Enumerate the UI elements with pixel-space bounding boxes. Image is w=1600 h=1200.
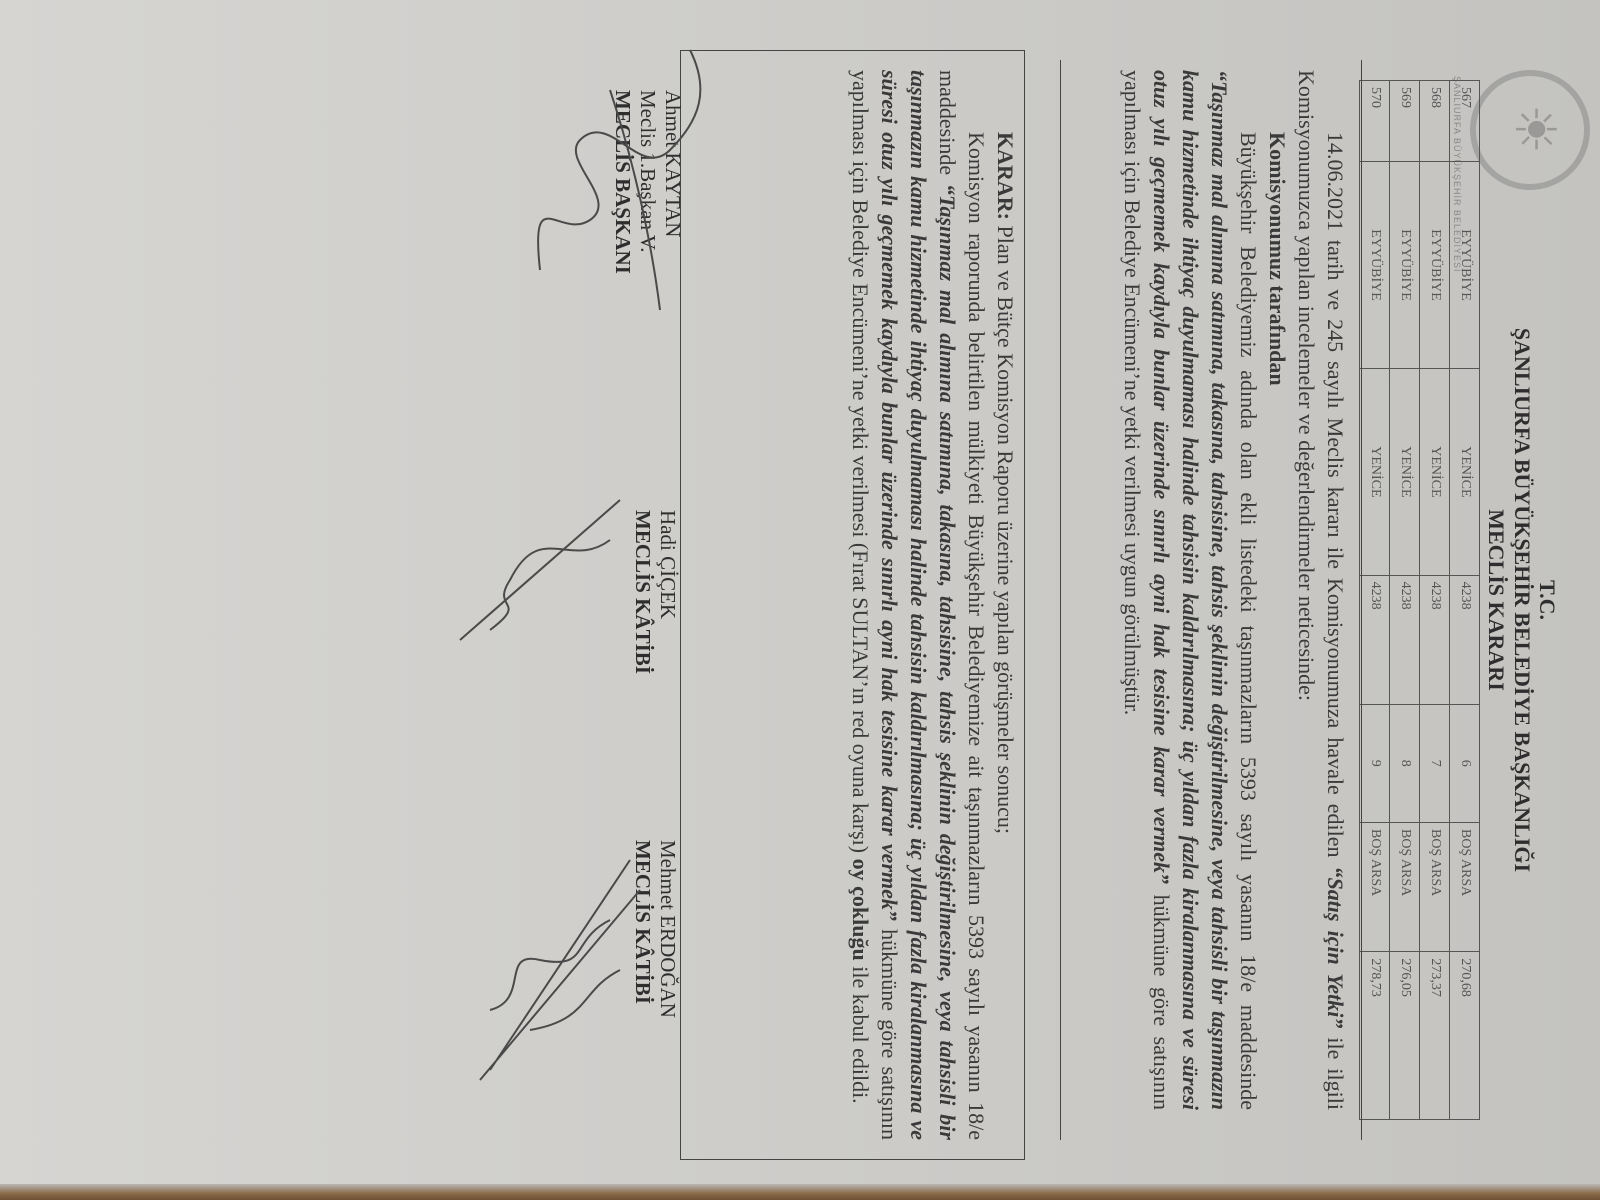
signatory-name: Ahmet KAYTAN: [660, 90, 685, 274]
table-cell: 6: [1450, 704, 1480, 822]
table-cell: 8: [1390, 704, 1420, 822]
table-cell: BOŞ ARSA: [1450, 822, 1480, 951]
signatory-name: Hadi ÇİÇEK: [655, 510, 680, 674]
table-row: 570EYYÜBİYEYENİCE42389BOŞ ARSA278,73: [1360, 81, 1390, 1120]
document-header: T.C. ŞANLIURFA BÜYÜKŞEHİR BELEDİYE BAŞKA…: [1484, 10, 1560, 1190]
commission-body: Büyükşehir Belediyemiz adında olan ekli …: [1118, 70, 1263, 1110]
signatory-name: Mehmet ERDOĞAN: [655, 840, 680, 1018]
signature-block-president: Ahmet KAYTAN Meclis 1.Başkan V. MECLİS B…: [609, 90, 685, 274]
table-cell: BOŞ ARSA: [1420, 822, 1450, 951]
table-row: 569EYYÜBİYEYENİCE42388BOŞ ARSA276,05: [1390, 81, 1420, 1120]
commission-heading: Komisyonumuz tarafından: [1263, 70, 1292, 1110]
table-cell: 7: [1420, 704, 1450, 822]
property-table: 567EYYÜBİYEYENİCE42386BOŞ ARSA270,68568E…: [1359, 80, 1480, 1120]
table-cell: 273,37: [1420, 952, 1450, 1120]
table-cell: 276,05: [1390, 952, 1420, 1120]
table-cell: 567: [1450, 81, 1480, 162]
table-cell: 569: [1390, 81, 1420, 162]
council-decision-page: ŞANLIURFA BÜYÜKŞEHİR BELEDİYESİ T.C. ŞAN…: [30, 10, 1590, 1190]
table-cell: 4238: [1450, 575, 1480, 704]
handwritten-signature-icon: [450, 850, 650, 1110]
signatory-title: MECLİS KÂTİBİ: [630, 840, 655, 1018]
table-cell: EYYÜBİYE: [1450, 161, 1480, 368]
signature-block-clerk-2: Mehmet ERDOĞAN MECLİS KÂTİBİ: [630, 840, 680, 1018]
table-cell: 9: [1360, 704, 1390, 822]
table-cell: 4238: [1420, 575, 1450, 704]
signatory-title: MECLİS BAŞKANI: [609, 90, 634, 274]
signature-block-clerk-1: Hadi ÇİÇEK MECLİS KÂTİBİ: [630, 510, 680, 674]
table-cell: 270,68: [1450, 952, 1480, 1120]
header-doc-type: MECLİS KARARI: [1484, 10, 1509, 1190]
decision-label: KARAR:: [993, 132, 1018, 220]
decision-body: Komisyon raporunda belirtilen mülkiyeti …: [846, 70, 991, 1140]
table-cell: 568: [1420, 81, 1450, 162]
table-cell: EYYÜBİYE: [1360, 161, 1390, 368]
table-cell: YENİCE: [1450, 369, 1480, 575]
table-cell: 4238: [1360, 575, 1390, 704]
table-cell: YENİCE: [1390, 369, 1420, 575]
decision-text: KARAR: Plan ve Bütçe Komisyon Raporu üze…: [846, 70, 1020, 1140]
table-cell: EYYÜBİYE: [1390, 161, 1420, 368]
table-cell: YENİCE: [1360, 369, 1390, 575]
table-cell: 570: [1360, 81, 1390, 162]
commission-report: 14.06.2021 tarih ve 245 sayılı Meclis ka…: [1118, 70, 1350, 1110]
table-cell: EYYÜBİYE: [1420, 161, 1450, 368]
table-cell: 4238: [1390, 575, 1420, 704]
table-cell: YENİCE: [1420, 369, 1450, 575]
handwritten-signature-icon: [440, 480, 630, 680]
header-institution: ŞANLIURFA BÜYÜKŞEHİR BELEDİYE BAŞKANLIĞI: [1509, 10, 1534, 1190]
commission-intro: 14.06.2021 tarih ve 245 sayılı Meclis ka…: [1292, 70, 1350, 1110]
table-row: 567EYYÜBİYEYENİCE42386BOŞ ARSA270,68: [1450, 81, 1480, 1120]
table-row: 568EYYÜBİYEYENİCE42387BOŞ ARSA273,37: [1420, 81, 1450, 1120]
header-tc: T.C.: [1535, 10, 1560, 1190]
table-cell: BOŞ ARSA: [1390, 822, 1420, 951]
table-cell: 278,73: [1360, 952, 1390, 1120]
table-cell: BOŞ ARSA: [1360, 822, 1390, 951]
decision-intro: KARAR: Plan ve Bütçe Komisyon Raporu üze…: [991, 70, 1020, 1140]
signatory-title: MECLİS KÂTİBİ: [630, 510, 655, 674]
signatory-role: Meclis 1.Başkan V.: [635, 90, 660, 274]
